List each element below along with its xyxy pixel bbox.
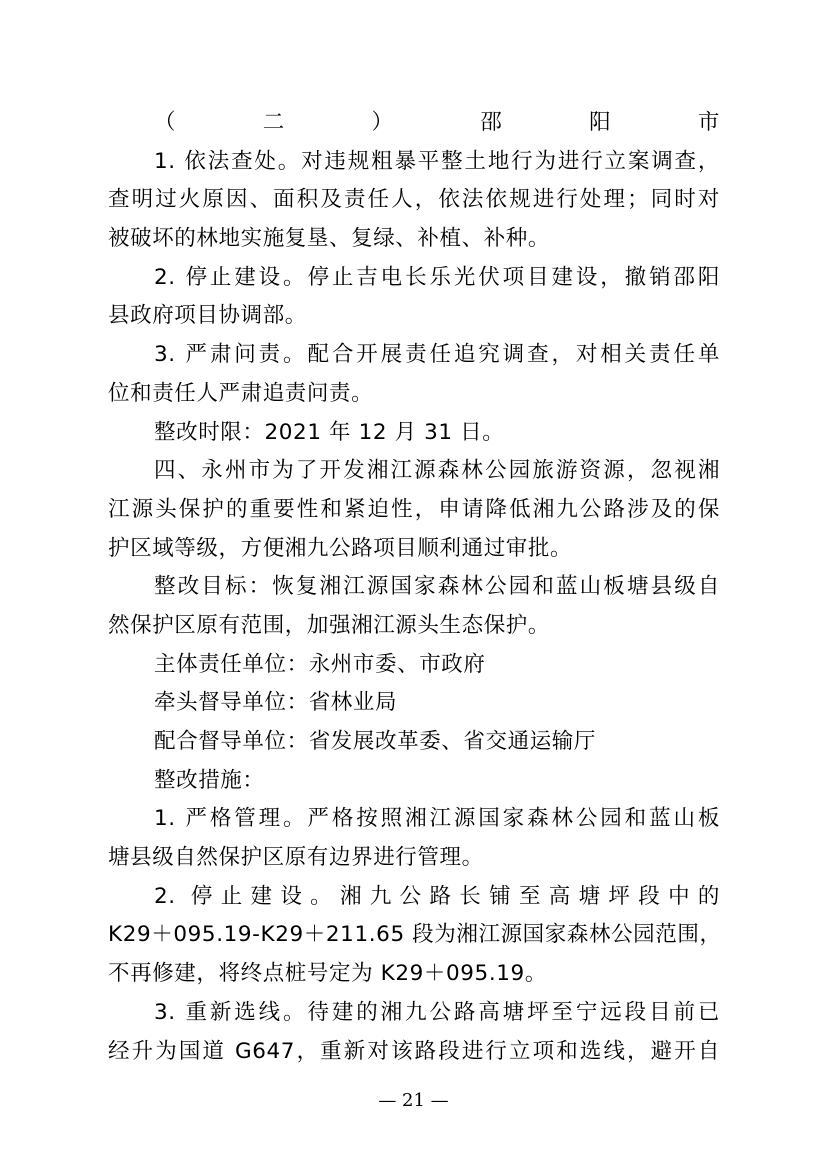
paragraph-line: 然保护区原有范围，加强湘江源头生态保护。: [108, 607, 720, 646]
paragraph-first-line: 1. 严格管理。严格按照湘江源国家森林公园和蓝山板: [108, 800, 720, 839]
paragraph-line: 县政府项目协调部。: [108, 297, 720, 336]
page-number: — 21 —: [0, 1090, 827, 1111]
paragraph-line: K29＋095.19-K29＋211.65 段为湘江源国家森林公园范围，: [108, 916, 720, 955]
paragraph-line: 查明过火原因、面积及责任人，依法依规进行处理；同时对: [108, 181, 720, 220]
paragraph-first-line: 四、永州市为了开发湘江源森林公园旅游资源，忽视湘: [108, 452, 720, 491]
paragraph-first-line: 整改时限：2021 年 12 月 31 日。: [108, 414, 720, 453]
paragraph-first-line: 主体责任单位：永州市委、市政府: [108, 646, 720, 685]
paragraph-line: 护区域等级，方便湘九公路项目顺利通过审批。: [108, 530, 720, 569]
paragraph-first-line: 2. 停止建设。停止吉电长乐光伏项目建设，撤销邵阳: [108, 259, 720, 298]
paragraph-line: 江源头保护的重要性和紧迫性，申请降低湘九公路涉及的保: [108, 491, 720, 530]
paragraph-line: 位和责任人严肃追责问责。: [108, 375, 720, 414]
paragraph-first-line: （二）邵阳市: [108, 104, 720, 143]
paragraph-line: 被破坏的林地实施复垦、复绿、补植、补种。: [108, 220, 720, 259]
paragraph-first-line: 3. 重新选线。待建的湘九公路高塘坪至宁远段目前已: [108, 994, 720, 1033]
paragraph-first-line: 整改措施：: [108, 762, 720, 801]
paragraph-first-line: 牵头督导单位：省林业局: [108, 684, 720, 723]
paragraph-first-line: 配合督导单位：省发展改革委、省交通运输厅: [108, 723, 720, 762]
paragraph-line: 经升为国道 G647，重新对该路段进行立项和选线，避开自: [108, 1033, 720, 1072]
paragraph-first-line: 2. 停止建设。湘九公路长铺至高塘坪段中的: [108, 878, 720, 917]
document-body: （二）邵阳市1. 依法查处。对违规粗暴平整土地行为进行立案调查，查明过火原因、面…: [108, 104, 720, 1071]
paragraph-first-line: 3. 严肃问责。配合开展责任追究调查，对相关责任单: [108, 336, 720, 375]
paragraph-line: 塘县级自然保护区原有边界进行管理。: [108, 839, 720, 878]
paragraph-first-line: 1. 依法查处。对违规粗暴平整土地行为进行立案调查，: [108, 143, 720, 182]
paragraph-first-line: 整改目标：恢复湘江源国家森林公园和蓝山板塘县级自: [108, 568, 720, 607]
paragraph-line: 不再修建，将终点桩号定为 K29＋095.19。: [108, 955, 720, 994]
